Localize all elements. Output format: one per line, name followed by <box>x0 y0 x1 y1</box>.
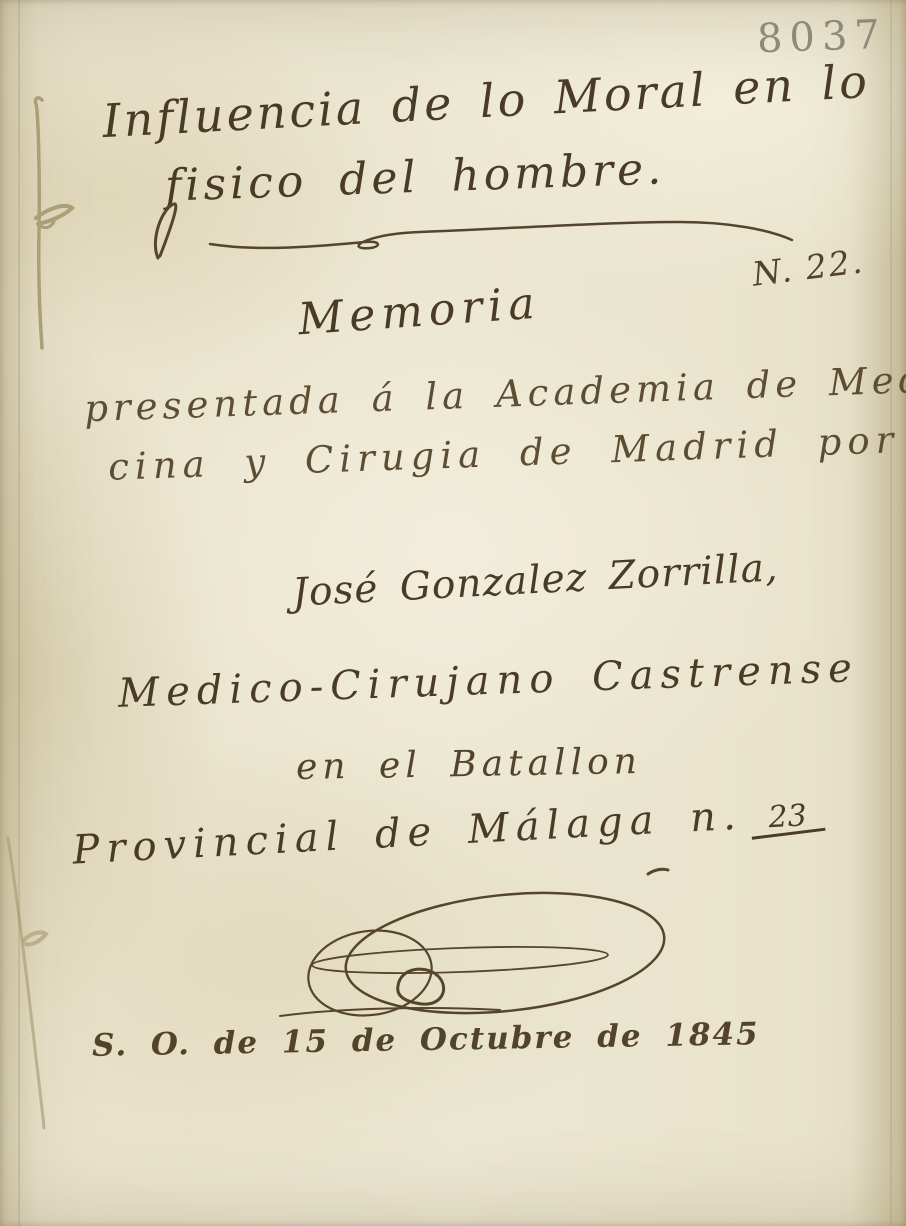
divider-flourish <box>140 200 800 270</box>
battalion-number-block: 23 <box>750 801 826 837</box>
paper-edge-right <box>890 0 892 1226</box>
manuscript-cover-page: 8037 Influencia de lo Moral en lo fisico… <box>0 0 906 1226</box>
title-line-1: Influencia de lo Moral en lo <box>101 54 871 148</box>
binding-thread-bottom <box>0 830 70 1130</box>
paper-edge-left <box>18 0 20 1226</box>
unit-text: Provincial de Málaga n. <box>71 793 743 874</box>
author-name: José Gonzalez Zorrilla, <box>291 545 779 615</box>
author-title-line-2: en el Batallon <box>296 741 643 788</box>
author-title-line-3: Provincial de Málaga n.23 <box>71 788 825 873</box>
battalion-number: 23 <box>750 801 825 832</box>
binding-thread-top <box>20 90 90 350</box>
signature-rubric-flourish <box>250 868 680 1028</box>
author-title-line-1: Medico-Cirujano Castrense <box>117 645 859 717</box>
presentation-line-2: cina y Cirugia de Madrid por <box>107 418 899 489</box>
presentation-line-1: presentada á la Academia de Medi- <box>84 357 906 431</box>
date-note: S. O. de 15 de Octubre de 1845 <box>92 1016 760 1064</box>
heading-memoria: Memoria <box>297 278 543 346</box>
